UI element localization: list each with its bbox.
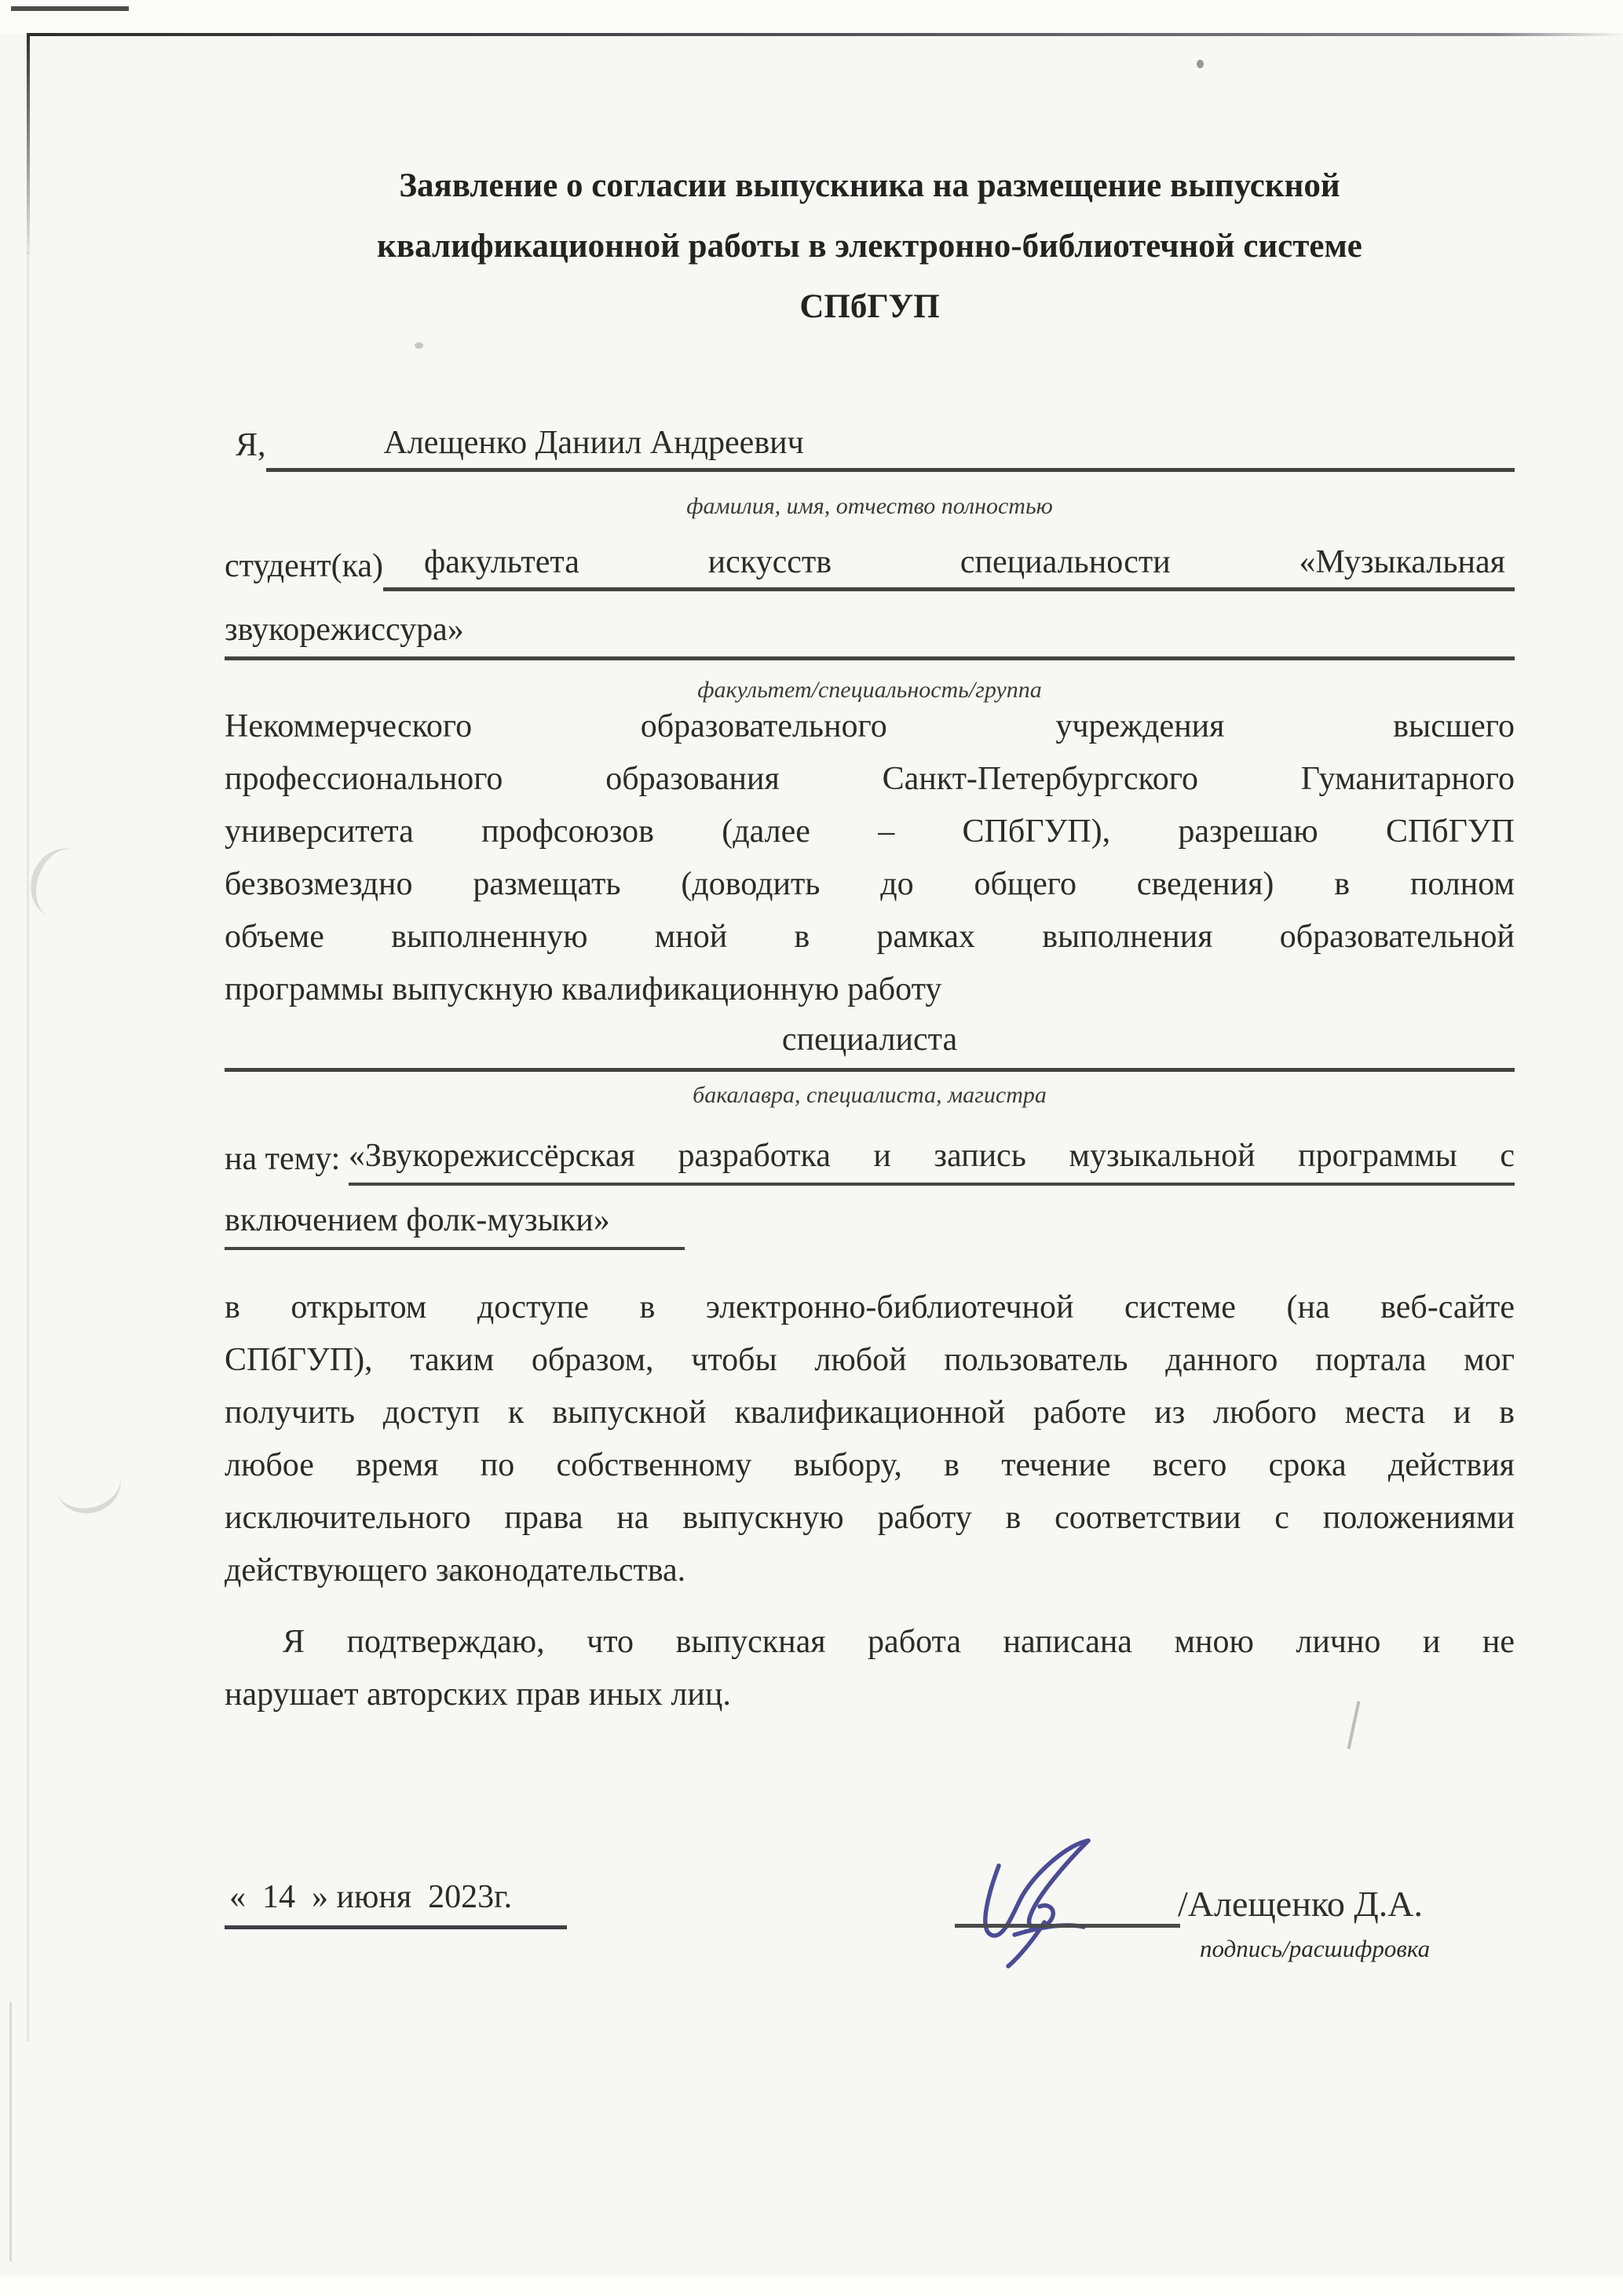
scan-artifact-hole-shadow-2 bbox=[49, 1446, 127, 1520]
paragraph-institution: Некоммерческого образовательного учрежде… bbox=[225, 700, 1515, 1016]
date-field: « 14 » июня 2023г. bbox=[225, 1878, 567, 1929]
document-title: Заявление о согласии выпускника на разме… bbox=[225, 155, 1515, 337]
student-word-arts: искусств bbox=[708, 543, 832, 581]
fio-caption: фамилия, имя, отчество полностью bbox=[225, 493, 1515, 520]
document-title-line-2: квалификационной работы в электронно-биб… bbox=[225, 216, 1515, 276]
signature-name: /Алещенко Д.А. bbox=[1178, 1883, 1423, 1925]
fio-prefix: Я, bbox=[225, 426, 266, 472]
fio-row: Я, Алещенко Даниил Андреевич bbox=[225, 424, 1515, 472]
paragraph-line: в открытом доступе в электронно-библиоте… bbox=[225, 1281, 1515, 1334]
scan-artifact-left-edge-soft bbox=[27, 251, 29, 2042]
paragraph-line: Я подтверждаю, что выпускная работа напи… bbox=[225, 1616, 1515, 1669]
topic-field-line-2: включением фолк-музыки» bbox=[225, 1186, 685, 1250]
scan-artifact-left-edge-faint bbox=[9, 2002, 12, 2261]
signature-caption: подпись/расшифровка bbox=[1200, 1935, 1430, 1963]
topic-prefix: на тему: bbox=[225, 1140, 349, 1186]
scanned-document-page: Заявление о согласии выпускника на разме… bbox=[0, 0, 1623, 2296]
paragraph-line: безвозмездно размещать (доводить до обще… bbox=[225, 858, 1515, 911]
student-field-line-2: звукорежиссура» bbox=[225, 611, 1515, 660]
scan-artifact-left-edge-line bbox=[27, 35, 30, 254]
signature-line bbox=[955, 1924, 1180, 1928]
paragraph-line: действующего законодательства. bbox=[225, 1545, 1515, 1597]
paragraph-line: исключительного права на выпускную работ… bbox=[225, 1492, 1515, 1545]
topic-field-line-1: «Звукорежиссёрская разработка и запись м… bbox=[349, 1137, 1515, 1186]
student-caption: факультет/специальность/группа bbox=[225, 677, 1515, 704]
student-row: студент(ка) факультета искусств специаль… bbox=[225, 543, 1515, 591]
paragraph-line: программы выпускную квалификационную раб… bbox=[225, 963, 1515, 1016]
paragraph-open-access: в открытом доступе в электронно-библиоте… bbox=[225, 1281, 1515, 1597]
topic-row: на тему: «Звукорежиссёрская разработка и… bbox=[225, 1137, 1515, 1250]
student-word-musical: «Музыкальная bbox=[1299, 543, 1505, 581]
signature-scribble bbox=[967, 1834, 1152, 1974]
document-title-line-1: Заявление о согласии выпускника на разме… bbox=[225, 155, 1515, 216]
student-field-line-1: факультета искусств специальности «Музык… bbox=[383, 543, 1515, 591]
student-prefix: студент(ка) bbox=[225, 547, 383, 591]
topic-line-1: на тему: «Звукорежиссёрская разработка и… bbox=[225, 1137, 1515, 1186]
document-content: Заявление о согласии выпускника на разме… bbox=[225, 0, 1515, 2296]
paragraph-line: объеме выполненную мной в рамках выполне… bbox=[225, 911, 1515, 963]
student-word-speciality: специальности bbox=[960, 543, 1171, 581]
paragraph-line: нарушает авторских прав иных лиц. bbox=[225, 1669, 1515, 1721]
paragraph-line: любое время по собственному выбору, в те… bbox=[225, 1439, 1515, 1492]
paragraph-line: профессионального образования Санкт-Пете… bbox=[225, 753, 1515, 806]
student-word-faculty: факультета bbox=[424, 543, 579, 581]
paragraph-line: университета профсоюзов (далее – СПбГУП)… bbox=[225, 806, 1515, 858]
scan-artifact-hole-shadow-1 bbox=[21, 839, 103, 927]
paragraph-confirmation: Я подтверждаю, что выпускная работа напи… bbox=[225, 1616, 1515, 1721]
degree-caption: бакалавра, специалиста, магистра bbox=[225, 1082, 1515, 1109]
scan-artifact-corner-mark bbox=[11, 6, 129, 11]
paragraph-line: получить доступ к выпускной квалификацио… bbox=[225, 1387, 1515, 1439]
paragraph-line: Некоммерческого образовательного учрежде… bbox=[225, 700, 1515, 753]
degree-field: специалиста bbox=[225, 1021, 1515, 1072]
document-title-line-3: СПбГУП bbox=[225, 276, 1515, 337]
paragraph-line: СПбГУП), таким образом, чтобы любой поль… bbox=[225, 1334, 1515, 1387]
fio-field-value: Алещенко Даниил Андреевич bbox=[266, 424, 1515, 472]
